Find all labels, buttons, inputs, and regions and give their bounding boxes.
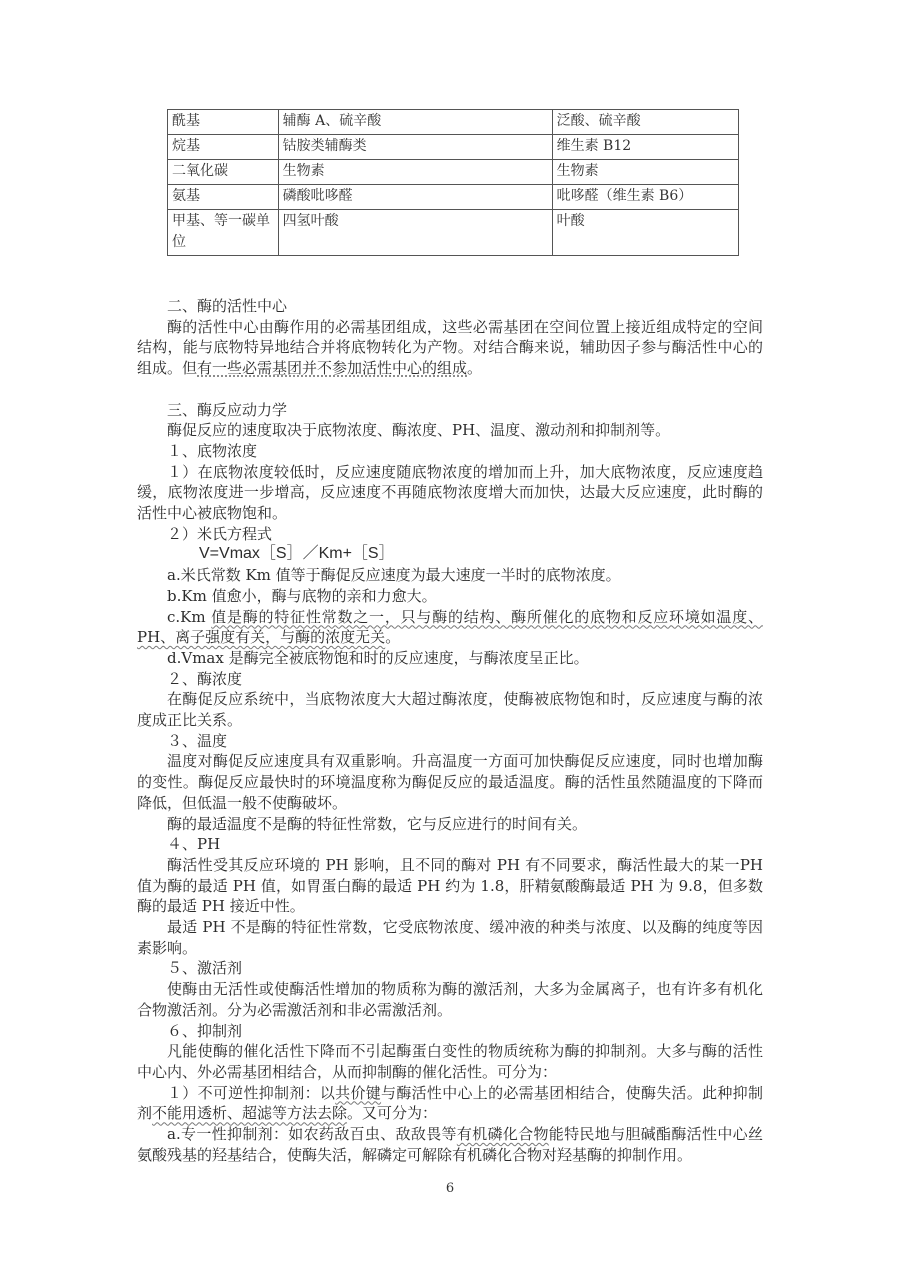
table-row: 烷基 钴胺类辅酶类 维生素 B12	[168, 135, 739, 160]
spacer	[137, 379, 763, 400]
paragraph: 酶促反应的速度取决于底物浓度、酶浓度、PH、温度、激动剂和抑制剂等。	[137, 420, 763, 441]
table-row: 二氧化碳 生物素 生物素	[168, 160, 739, 185]
paragraph: 酶活性受其反应环境的 PH 影响，且不同的酶对 PH 有不同要求，酶活性最大的某…	[137, 855, 763, 917]
paragraph: 酶的活性中心由酶作用的必需基团组成，这些必需基团在空间位置上接近组成特定的空间结…	[137, 317, 763, 379]
text-run: 。又可分为：	[347, 1104, 437, 1122]
paragraph: 最适 PH 不是酶的特征性常数，它受底物浓度、缓冲液的种类与浓度、以及酶的纯度等…	[137, 917, 763, 958]
paragraph: 使酶由无活性或使酶活性增加的物质称为酶的激活剂，大多为金属离子，也有许多有机化合…	[137, 979, 763, 1020]
michaelis-menten-formula: V=Vmax［S］／Km+［S］	[137, 544, 763, 565]
paragraph: 温度对酶促反应速度具有双重影响。升高温度一方面可加快酶促反应速度，同时也增加酶的…	[137, 751, 763, 813]
list-item: b.Km 值愈小，酶与底物的亲和力愈大。	[137, 586, 763, 607]
text-run: c.Km	[167, 608, 211, 626]
table-cell: 生物素	[552, 160, 738, 185]
list-item: c.Km 值是酶的特征性常数之一，只与酶的结构、酶所催化的底物和反应环境如温度、…	[137, 607, 763, 648]
coenzyme-table: 酰基 辅酶 A、硫辛酸 泛酸、硫辛酸 烷基 钴胺类辅酶类 维生素 B12 二氧化…	[167, 109, 739, 256]
table-cell: 吡哆醛（维生素 B6）	[552, 185, 738, 210]
table-cell: 二氧化碳	[168, 160, 279, 185]
subsection-heading: ４、PH	[137, 834, 763, 855]
subsection-heading: １、底物浓度	[137, 441, 763, 462]
subsection-heading: ２）米氏方程式	[137, 524, 763, 545]
subsection-heading: ２、酶浓度	[137, 669, 763, 690]
table-cell: 泛酸、硫辛酸	[552, 110, 738, 135]
text-run: １）不可逆性抑制剂：以	[167, 1084, 335, 1102]
text-run: 。	[385, 628, 400, 646]
paragraph: 酶的最适温度不是酶的特征性常数，它与反应进行的时间有关。	[137, 814, 763, 835]
underlined-text: 不能用透析、超滤等方法去除	[152, 1104, 347, 1122]
table-cell: 叶酸	[552, 210, 738, 256]
table-cell: 磷酸吡哆醛	[278, 185, 552, 210]
subsection-heading: ５、激活剂	[137, 958, 763, 979]
body-text: 二、酶的活性中心 酶的活性中心由酶作用的必需基团组成，这些必需基团在空间位置上接…	[137, 296, 763, 1166]
underlined-text: 共价键	[335, 1084, 381, 1102]
table-row: 甲基、等一碳单位 四氢叶酸 叶酸	[168, 210, 739, 256]
table-cell: 钴胺类辅酶类	[278, 135, 552, 160]
text-run: a.专一性抑制剂：如农药敌百虫、敌敌畏等	[167, 1125, 457, 1143]
table-cell: 氨基	[168, 185, 279, 210]
table-cell: 烷基	[168, 135, 279, 160]
paragraph: １）在底物浓度较低时，反应速度随底物浓度的增加而上升，加大底物浓度，反应速度趋缓…	[137, 462, 763, 524]
underlined-text: 值是酶的特征性常数之一，只与酶的结构、酶所催化的底物和反应环境如温度、PH、离子…	[137, 608, 763, 647]
document-page: 酰基 辅酶 A、硫辛酸 泛酸、硫辛酸 烷基 钴胺类辅酶类 维生素 B12 二氧化…	[0, 0, 900, 1272]
section-heading: 二、酶的活性中心	[137, 296, 763, 317]
list-item: a.专一性抑制剂：如农药敌百虫、敌敌畏等有机磷化合物能特民地与胆碱酯酶活性中心丝…	[137, 1124, 763, 1165]
table-cell: 生物素	[278, 160, 552, 185]
table-row: 酰基 辅酶 A、硫辛酸 泛酸、硫辛酸	[168, 110, 739, 135]
page-number: 6	[0, 1181, 900, 1196]
paragraph: 凡能使酶的催化活性下降而不引起酶蛋白变性的物质统称为酶的抑制剂。大多与酶的活性中…	[137, 1041, 763, 1082]
paragraph: １）不可逆性抑制剂：以共价键与酶活性中心上的必需基团相结合，使酶失活。此种抑制剂…	[137, 1083, 763, 1124]
list-item: a.米氏常数 Km 值等于酶促反应速度为最大速度一半时的底物浓度。	[137, 565, 763, 586]
table-cell: 四氢叶酸	[278, 210, 552, 256]
underlined-text: 有机磷化合物	[457, 1125, 549, 1143]
table-cell: 维生素 B12	[552, 135, 738, 160]
subsection-heading: ６、抑制剂	[137, 1021, 763, 1042]
section-heading: 三、酶反应动力学	[137, 400, 763, 421]
paragraph: 在酶促反应系统中，当底物浓度大大超过酶浓度，使酶被底物饱和时，反应速度与酶的浓度…	[137, 689, 763, 730]
table-cell: 辅酶 A、硫辛酸	[278, 110, 552, 135]
table-cell: 酰基	[168, 110, 279, 135]
underlined-text: 有一些必需基团并不参加活性中心的组成	[197, 359, 467, 377]
list-item: d.Vmax 是酶完全被底物饱和时的反应速度，与酶浓度呈正比。	[137, 648, 763, 669]
text-run: 。	[467, 359, 482, 377]
subsection-heading: ３、温度	[137, 731, 763, 752]
table-cell: 甲基、等一碳单位	[168, 210, 279, 256]
table-row: 氨基 磷酸吡哆醛 吡哆醛（维生素 B6）	[168, 185, 739, 210]
